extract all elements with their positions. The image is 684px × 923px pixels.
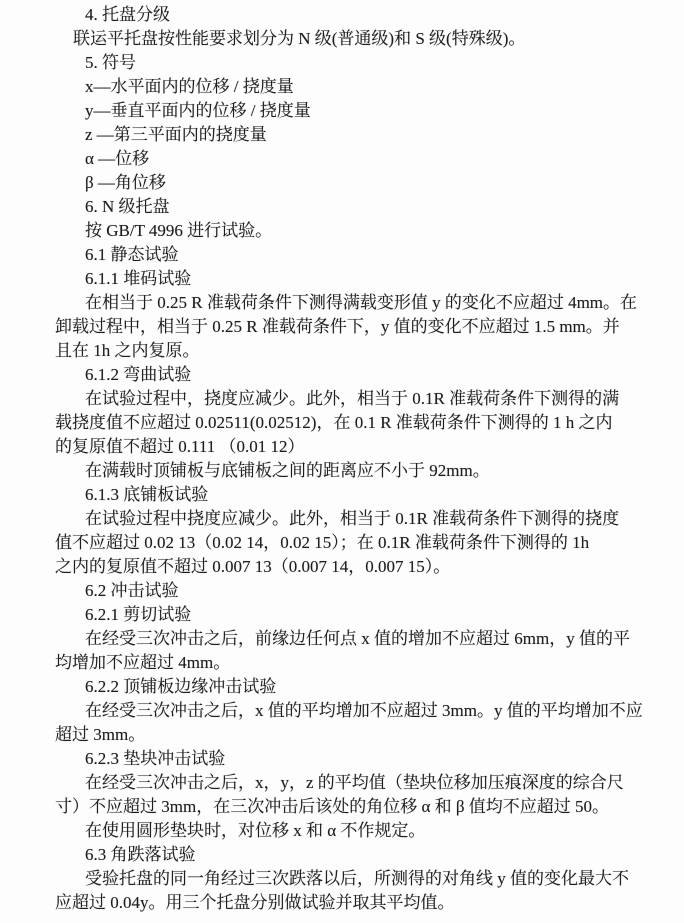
text-line: 的复原值不超过 0.111 （0.01 12）	[55, 435, 660, 459]
text-line: 值不应超过 0.02 13（0.02 14，0.02 15）；在 0.1R 准载…	[55, 531, 660, 555]
text-line: 寸）不应超过 3mm，在三次冲击后该处的角位移 α 和 β 值均不应超过 50。	[55, 795, 660, 819]
text-line: α —位移	[55, 147, 660, 171]
text-line: 在经受三次冲击之后，x 值的平均增加不应超过 3mm。y 值的平均增加不应	[55, 699, 660, 723]
text-line: z —第三平面内的挠度量	[55, 123, 660, 147]
text-line: 在经受三次冲击之后，x，y，z 的平均值（垫块位移加压痕深度的综合尺	[55, 771, 660, 795]
document-page: 4. 托盘分级联运平托盘按性能要求划分为 N 级(普通级)和 S 级(特殊级)。…	[0, 0, 684, 923]
text-line: 6.1.2 弯曲试验	[55, 363, 660, 387]
text-line: 6.2.3 垫块冲击试验	[55, 747, 660, 771]
text-line: 6.1.3 底铺板试验	[55, 483, 660, 507]
text-line: 在满载时顶铺板与底铺板之间的距离应不小于 92mm。	[55, 459, 660, 483]
text-line: 6.3 角跌落试验	[55, 843, 660, 867]
text-line: 超过 3mm。	[55, 723, 660, 747]
text-line: 6.2 冲击试验	[55, 579, 660, 603]
text-line: 在经受三次冲击之后，前缘边任何点 x 值的增加不应超过 6mm，y 值的平	[55, 627, 660, 651]
text-line: y—垂直平面内的位移 / 挠度量	[55, 99, 660, 123]
text-line: 在使用圆形垫块时，对位移 x 和 α 不作规定。	[55, 819, 660, 843]
text-line: 6.1.1 堆码试验	[55, 267, 660, 291]
text-line: β —角位移	[55, 171, 660, 195]
text-line: 4. 托盘分级	[55, 3, 660, 27]
text-line: 6.2.1 剪切试验	[55, 603, 660, 627]
text-line: 在相当于 0.25 R 准载荷条件下测得满载变形值 y 的变化不应超过 4mm。…	[55, 291, 660, 315]
text-line: 6.2.2 顶铺板边缘冲击试验	[55, 675, 660, 699]
text-line: 且在 1h 之内复原。	[55, 339, 660, 363]
text-line: 受验托盘的同一角经过三次跌落以后，所测得的对角线 y 值的变化最大不	[55, 867, 660, 891]
text-line: 载挠度值不应超过 0.02511(0.02512)，在 0.1 R 准载荷条件下…	[55, 411, 660, 435]
text-line: 在试验过程中，挠度应减少。此外，相当于 0.1R 准载荷条件下测得的满	[55, 387, 660, 411]
text-line: 在试验过程中挠度应减少。此外，相当于 0.1R 准载荷条件下测得的挠度	[55, 507, 660, 531]
text-line: 6.1 静态试验	[55, 243, 660, 267]
text-line: 5. 符号	[55, 51, 660, 75]
text-line: 之内的复原值不超过 0.007 13（0.007 14，0.007 15）。	[55, 555, 660, 579]
document-text-block: 4. 托盘分级联运平托盘按性能要求划分为 N 级(普通级)和 S 级(特殊级)。…	[55, 3, 660, 915]
text-line: 应超过 0.04y。用三个托盘分别做试验并取其平均值。	[55, 891, 660, 915]
text-line: 按 GB/T 4996 进行试验。	[55, 219, 660, 243]
text-line: x—水平面内的位移 / 挠度量	[55, 75, 660, 99]
text-line: 联运平托盘按性能要求划分为 N 级(普通级)和 S 级(特殊级)。	[55, 27, 660, 51]
text-line: 均增加不应超过 4mm。	[55, 651, 660, 675]
text-line: 6. N 级托盘	[55, 195, 660, 219]
text-line: 卸载过程中，相当于 0.25 R 准载荷条件下，y 值的变化不应超过 1.5 m…	[55, 315, 660, 339]
